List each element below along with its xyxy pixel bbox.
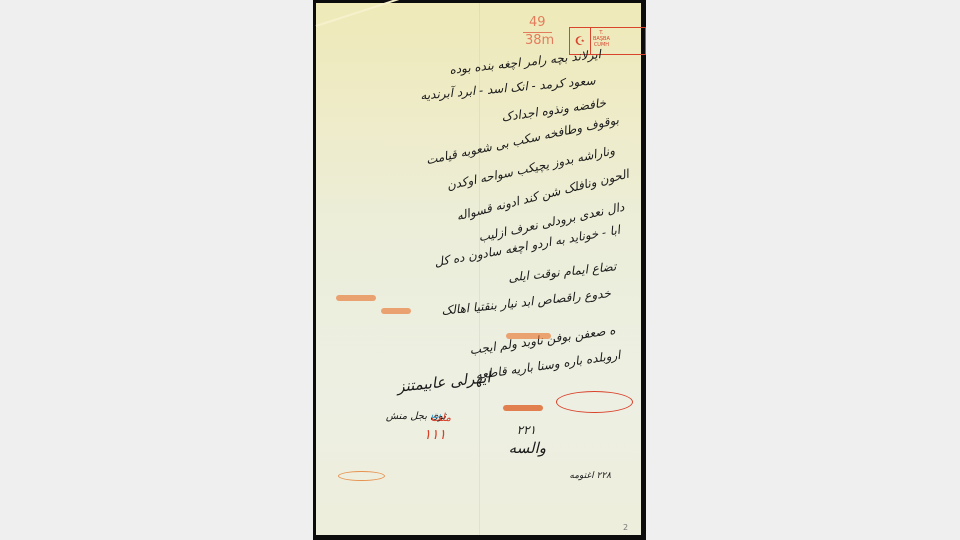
handwritten-line: ۲۲۸ اغتومه (569, 471, 611, 481)
handwritten-line: ایهرلی عابیمتنز (397, 368, 492, 396)
orange-scribble (338, 471, 385, 481)
archive-number-bottom: 38m (523, 33, 554, 49)
handwritten-line: ایرلاند بچه رامر اچغه بنده بوده (448, 47, 601, 77)
orange-highlight (336, 295, 376, 301)
page-number: 2 (623, 523, 628, 532)
red-scribble (556, 391, 633, 413)
document-page: 49 38m ☪ T. BAŞBA CUMH ایرلاند بچه رامر … (316, 3, 641, 535)
handwritten-line: والسه (509, 439, 546, 457)
orange-highlight (506, 333, 551, 339)
archive-number-top: 49 (523, 15, 552, 33)
orange-highlight (503, 405, 543, 411)
red-annotation: ١١١ (423, 427, 446, 443)
torn-fold (316, 0, 431, 27)
document-scan: 49 38m ☪ T. BAŞBA CUMH ایرلاند بچه رامر … (313, 0, 646, 540)
blue-annotation: ت (431, 408, 441, 421)
orange-highlight (381, 308, 411, 314)
handwritten-line: تضاع ایمام نوقت ایلی (507, 259, 616, 284)
handwritten-line: ۲۲۱ (517, 423, 536, 437)
archive-number: 49 38m (523, 15, 554, 49)
handwritten-line: سعود کرمد - انک اسد - ابرد آبرندیه (420, 73, 596, 102)
handwritten-line: خدوع راقصاص ابد نیار بنقتیا اهالک (441, 286, 612, 318)
